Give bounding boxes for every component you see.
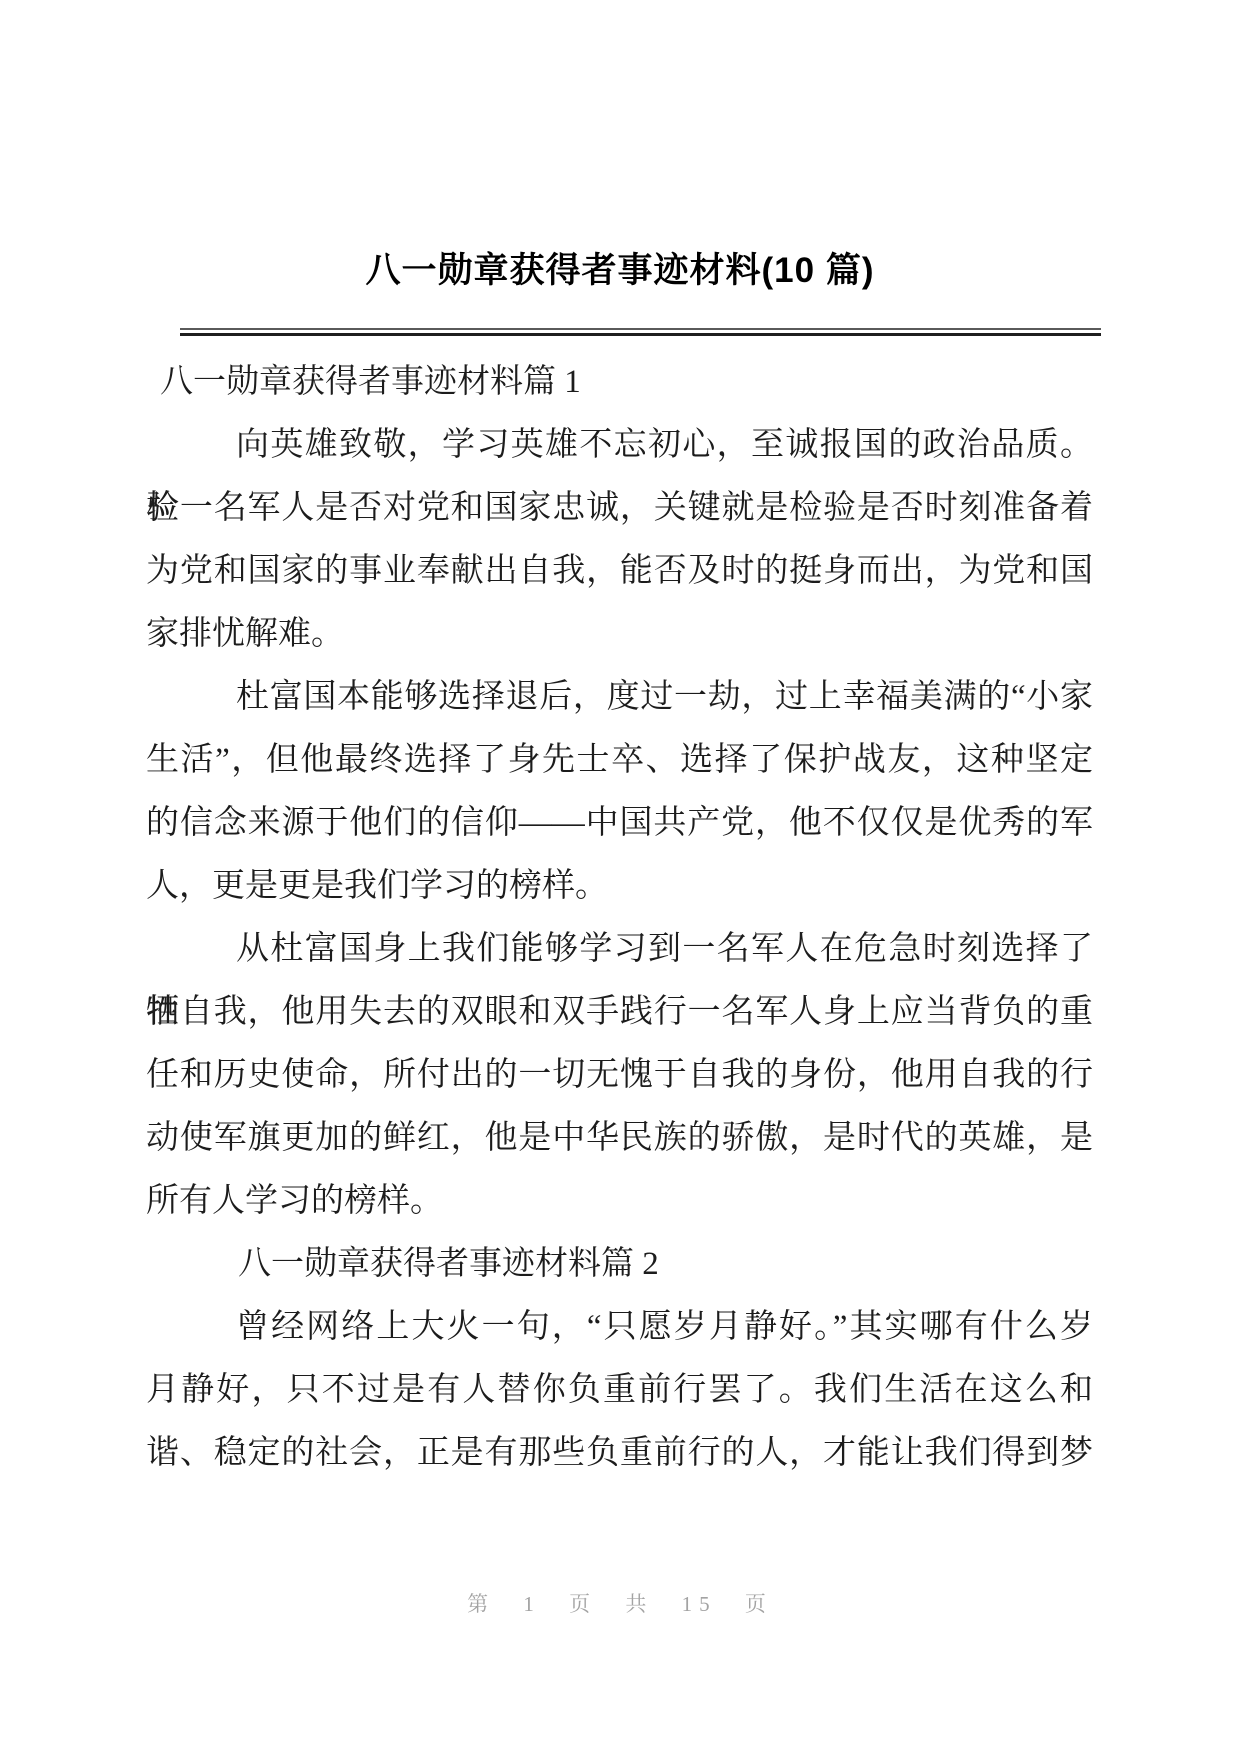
text-line: 任和历史使命，所付出的一切无愧于自我的身份，他用自我的行	[146, 1044, 1093, 1107]
document-title: 八一勋章获得者事迹材料(10 篇)	[0, 243, 1240, 293]
document-body: 八一勋章获得者事迹材料篇 1向英雄致敬，学习英雄不忘初心，至诚报国的政治品质。检…	[146, 351, 1093, 1485]
text-line: 动使军旗更加的鲜红，他是中华民族的骄傲，是时代的英雄，是	[146, 1107, 1093, 1170]
text-line: 曾经网络上大火一句，“只愿岁月静好。”其实哪有什么岁	[146, 1296, 1093, 1359]
text-line: 杜富国本能够选择退后，度过一劫，过上幸福美满的“小家	[146, 666, 1093, 729]
section-heading: 八一勋章获得者事迹材料篇 1	[146, 351, 1093, 414]
text-line: 为党和国家的事业奉献出自我，能否及时的挺身而出，为党和国	[146, 540, 1093, 603]
text-line: 谐、稳定的社会，正是有那些负重前行的人，才能让我们得到梦	[146, 1422, 1093, 1485]
section-heading: 八一勋章获得者事迹材料篇 2	[146, 1233, 1093, 1296]
page-footer: 第 1 页 共 15 页	[0, 1588, 1240, 1618]
text-line: 向英雄致敬，学习英雄不忘初心，至诚报国的政治品质。检	[146, 414, 1093, 477]
text-line: 月静好，只不过是有人替你负重前行罢了。我们生活在这么和	[146, 1359, 1093, 1422]
text-line: 牲自我，他用失去的双眼和双手践行一名军人身上应当背负的重	[146, 981, 1093, 1044]
text-line: 从杜富国身上我们能够学习到一名军人在危急时刻选择了牺	[146, 918, 1093, 981]
text-line: 的信念来源于他们的信仰——中国共产党，他不仅仅是优秀的军	[146, 792, 1093, 855]
document-page: 八一勋章获得者事迹材料(10 篇) 八一勋章获得者事迹材料篇 1向英雄致敬，学习…	[0, 0, 1240, 1753]
text-line: 生活”，但他最终选择了身先士卒、选择了保护战友，这种坚定	[146, 729, 1093, 792]
text-line: 验一名军人是否对党和国家忠诚，关键就是检验是否时刻准备着	[146, 477, 1093, 540]
text-line: 所有人学习的榜样。	[146, 1170, 1093, 1233]
title-divider	[180, 328, 1101, 336]
text-line: 家排忧解难。	[146, 603, 1093, 666]
text-line: 人，更是更是我们学习的榜样。	[146, 855, 1093, 918]
